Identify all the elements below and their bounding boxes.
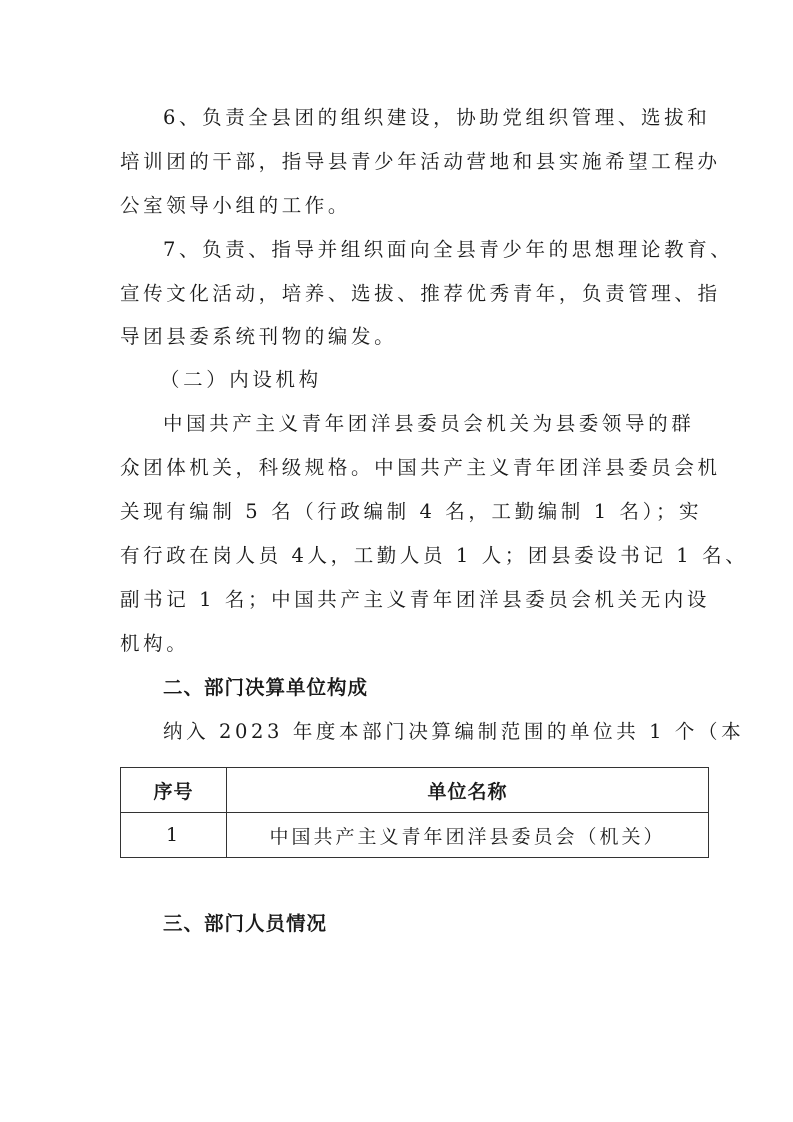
item-7-line-2: 宣传文化活动，培养、选拔、推荐优秀青年，负责管理、指: [120, 282, 721, 306]
unit-table: 序号 单位名称 1 中国共产主义青年团洋县委员会（机关）: [120, 767, 709, 858]
sub-heading-internal-org: （二）内设机构: [160, 368, 322, 392]
item-7-line-3: 导团县委系统刊物的编发。: [120, 325, 397, 349]
cell-seq: 1: [121, 813, 227, 858]
item-6-line-3: 公室领导小组的工作。: [120, 194, 351, 218]
header-unit-name: 单位名称: [227, 768, 709, 813]
section-2-intro-line-1: 纳入 2023 年度本部门决算编制范围的单位共 1 个（本: [163, 720, 744, 744]
org-paragraph-line-1: 中国共产主义青年团洋县委员会机关为县委领导的群: [163, 412, 694, 436]
org-paragraph-line-5: 副书记 1 名；中国共产主义青年团洋县委员会机关无内设: [120, 588, 710, 612]
org-paragraph-line-6: 机构。: [120, 632, 189, 656]
section-3-heading: 三、部门人员情况: [163, 912, 327, 936]
org-paragraph-line-4: 有行政在岗人员 4人，工勤人员 1 人；团县委设书记 1 名、: [120, 544, 748, 568]
section-2-heading: 二、部门决算单位构成: [163, 676, 368, 700]
item-6-line-2: 培训团的干部，指导县青少年活动营地和县实施希望工程办: [120, 150, 721, 174]
org-paragraph-line-3: 关现有编制 5 名（行政编制 4 名，工勤编制 1 名）；实: [120, 500, 702, 524]
item-6-line-1: 6、负责全县团的组织建设，协助党组织管理、选拔和: [163, 106, 710, 130]
item-7-line-1: 7、负责、指导并组织面向全县青少年的思想理论教育、: [163, 238, 733, 262]
cell-unit-name: 中国共产主义青年团洋县委员会（机关）: [227, 813, 709, 858]
table-row: 1 中国共产主义青年团洋县委员会（机关）: [121, 813, 709, 858]
header-seq: 序号: [121, 768, 227, 813]
org-paragraph-line-2: 众团体机关，科级规格。中国共产主义青年团洋县委员会机: [120, 456, 721, 480]
table-header-row: 序号 单位名称: [121, 768, 709, 813]
